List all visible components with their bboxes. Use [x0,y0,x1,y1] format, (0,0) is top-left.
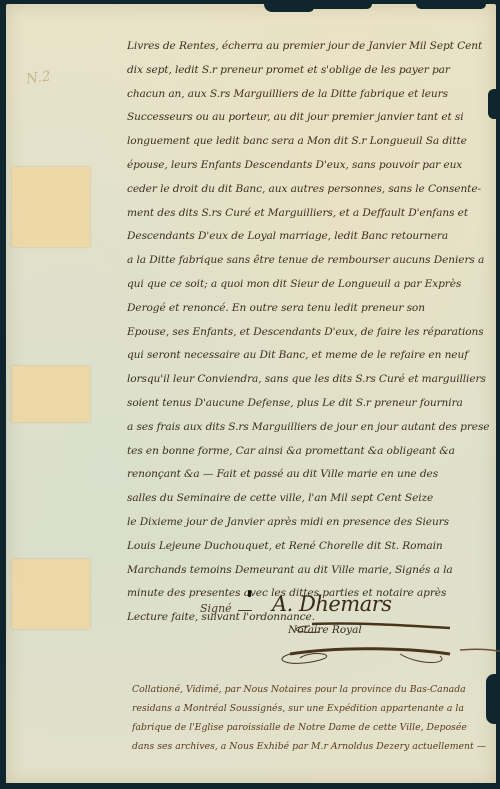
signature-block: Signé A. Dhemars Notaire Royal [200,592,460,672]
torn-edge [488,89,496,119]
text-line: dix sept, ledit S.r preneur promet et s'… [127,59,489,83]
text-line: dans ses archives, a Nous Exhibé par M.r… [132,737,492,756]
text-line: a ses frais aux dits S.rs Marguilliers d… [127,416,489,440]
text-line: Successeurs ou au porteur, au dit jour p… [127,106,489,130]
text-line: Derogé et renoncé. En outre sera tenu le… [127,297,489,321]
text-line: Louis Lejeune Duchouquet, et René Chorel… [127,535,489,559]
text-line: qui seront necessaire au Dit Banc, et me… [127,344,489,368]
text-line: fabrique de l'Eglise paroissialle de Not… [132,718,492,737]
text-line: soient tenus D'aucune Defense, plus Le d… [127,392,489,416]
text-line: épouse, leurs Enfants Descendants D'eux,… [127,154,489,178]
notary-signature: A. Dhemars [272,592,392,616]
torn-edge [416,4,486,9]
text-line: Marchands temoins Demeurant au dit Ville… [127,559,489,583]
text-line: ment des dits S.rs Curé et Marguilliers,… [127,202,489,226]
text-line: Livres de Rentes, écherra au premier jou… [127,35,489,59]
torn-edge [264,4,314,12]
text-line: qui que ce soit; a quoi mon dit Sieur de… [127,273,489,297]
repair-tape [12,366,90,422]
repair-tape [12,559,90,629]
text-line: Epouse, ses Enfants, et Descendants D'eu… [127,321,489,345]
torn-edge [312,4,372,9]
notary-title: Notaire Royal [288,624,362,636]
signed-label: Signé [200,602,232,615]
text-line: lorsqu'il leur Conviendra, sans que les … [127,368,489,392]
deed-body-text: Livres de Rentes, écherra au premier jou… [127,35,489,630]
text-line: longuement que ledit banc sera a Mon dit… [127,130,489,154]
text-line: residans a Montréal Soussignés, sur une … [132,699,492,718]
text-line: a la Ditte fabrique sans être tenue de r… [127,249,489,273]
margin-note: N.2 [25,68,52,87]
text-line: ceder le droit du dit Banc, aux autres p… [127,178,489,202]
text-line: tes en bonne forme, Car ainsi &a promett… [127,440,489,464]
text-line: le Dixieme jour de Janvier après midi en… [127,511,489,535]
text-line: Descendants D'eux de Loyal marriage, led… [127,225,489,249]
text-line: renonçant &a — Fait et passé au dit Vill… [127,463,489,487]
text-line: salles du Seminaire de cette ville, l'an… [127,487,489,511]
text-line: chacun an, aux S.rs Marguilliers de la D… [127,83,489,107]
repair-tape [12,167,90,247]
scan-bottom-edge [0,783,500,789]
collation-certificate-text: Collationé, Vidimé, par Nous Notaires po… [132,680,492,756]
text-line: Collationé, Vidimé, par Nous Notaires po… [132,680,492,699]
dash-divider [238,610,252,611]
